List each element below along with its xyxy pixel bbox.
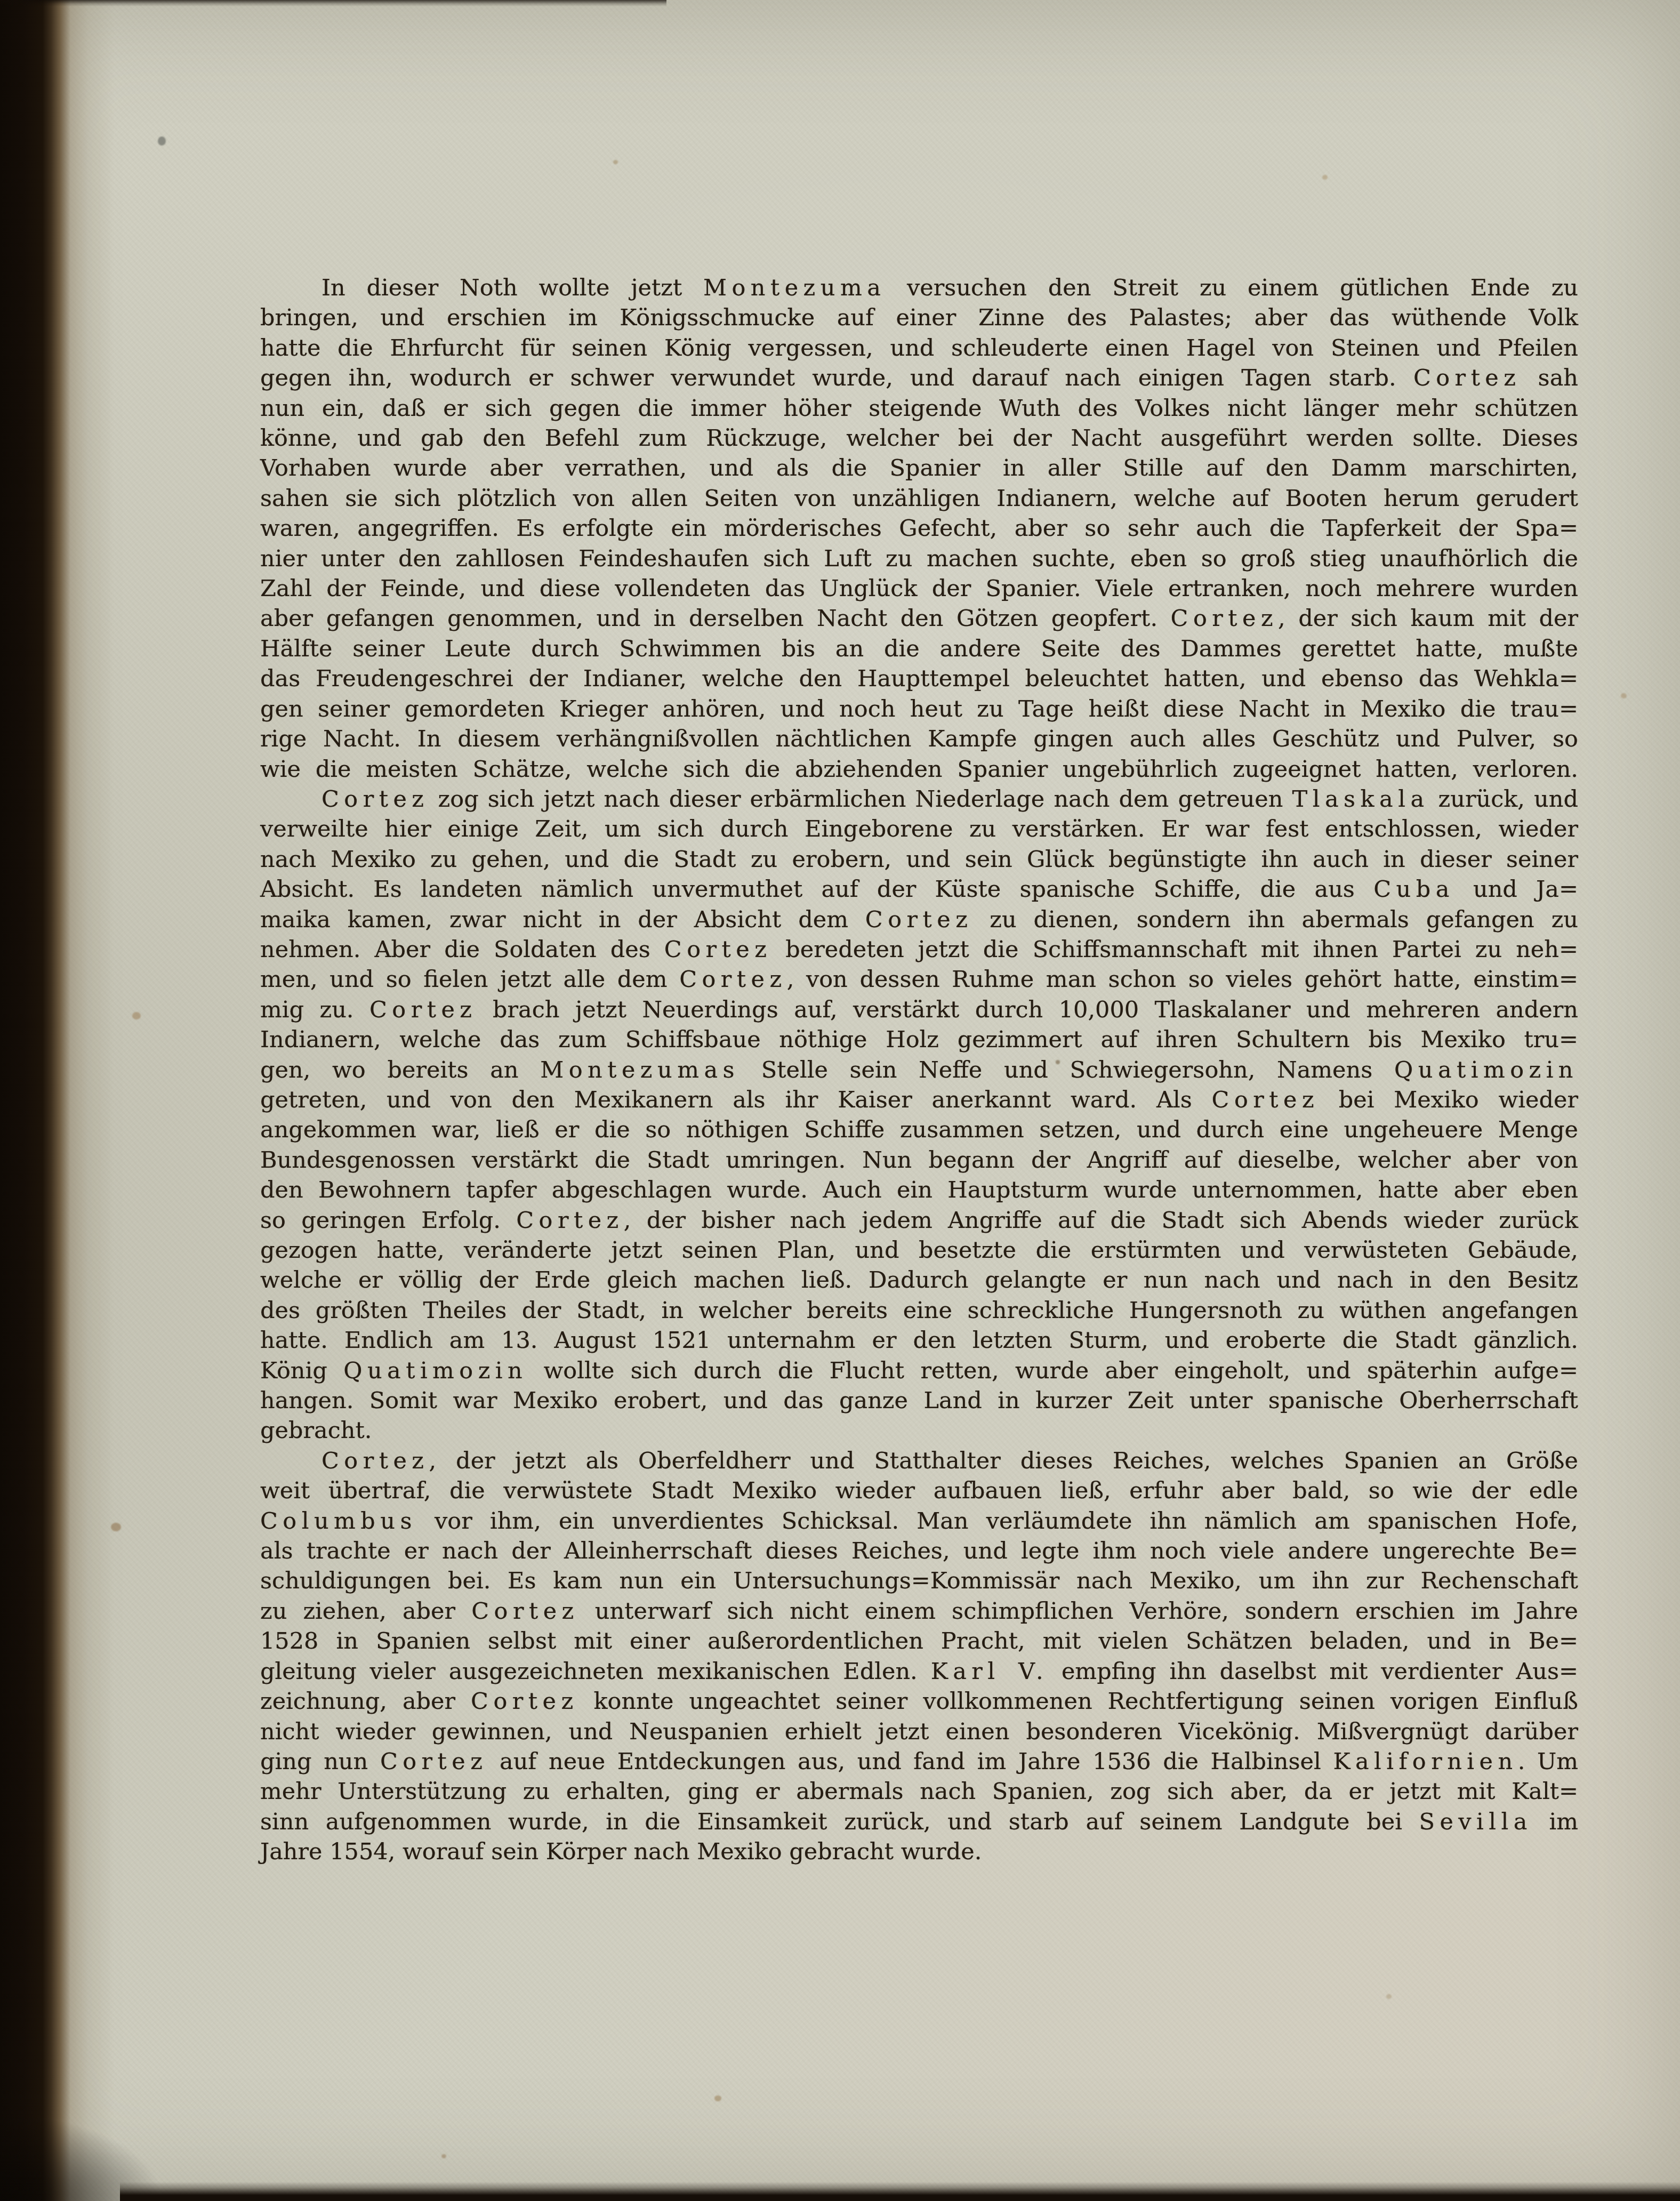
- page-top-edge: [0, 0, 666, 6]
- spaced-proper-name: Cortez: [679, 966, 787, 993]
- text-line: wie die meisten Schätze, welche sich die…: [260, 754, 1578, 784]
- spaced-proper-name: Cortez: [321, 1448, 429, 1474]
- text-line: gen, wo bereits an Montezumas Stelle sei…: [260, 1055, 1578, 1085]
- text-line: hatte die Ehrfurcht für seinen König ver…: [260, 333, 1578, 363]
- text-line: als trachte er nach der Alleinherrschaft…: [260, 1536, 1578, 1566]
- spaced-proper-name: Cortez: [1413, 365, 1521, 391]
- text-line: Bundesgenossen verstärkt die Stadt umrin…: [260, 1145, 1578, 1175]
- text-line: so geringen Erfolg. Cortez, der bisher n…: [260, 1206, 1578, 1235]
- text-line: zu ziehen, aber Cortez unterwarf sich ni…: [260, 1596, 1578, 1626]
- text-line: gen seiner gemordeten Krieger anhören, u…: [260, 694, 1578, 724]
- text-line: nehmen. Aber die Soldaten des Cortez ber…: [260, 935, 1578, 965]
- text-line: könne, und gab den Befehl zum Rückzuge, …: [260, 423, 1578, 453]
- spaced-proper-name: Cortez: [471, 1688, 578, 1715]
- text-line: ging nun Cortez auf neue Entdeckungen au…: [260, 1747, 1578, 1777]
- text-line: hangen. Somit war Mexiko erobert, und da…: [260, 1386, 1578, 1416]
- text-line: nier unter den zahllosen Feindeshaufen s…: [260, 544, 1578, 574]
- spaced-proper-name: Cortez: [865, 906, 973, 933]
- page-bottom-edge: [120, 2182, 1680, 2201]
- text-line: waren, angegriffen. Es erfolgte ein mörd…: [260, 513, 1578, 543]
- text-line: sinn aufgenommen wurde, in die Einsamkei…: [260, 1807, 1578, 1837]
- spaced-proper-name: Cortez: [1171, 605, 1279, 632]
- spaced-proper-name: Cortez: [516, 1207, 624, 1234]
- text-line: Cortez zog sich jetzt nach dieser erbärm…: [260, 784, 1578, 814]
- text-line: König Quatimozin wollte sich durch die F…: [260, 1356, 1578, 1386]
- paper-stain: [1322, 175, 1328, 180]
- text-line: nun ein, daß er sich gegen die immer höh…: [260, 393, 1578, 423]
- text-line: welche er völlig der Erde gleich machen …: [260, 1265, 1578, 1295]
- spaced-proper-name: Columbus: [260, 1508, 417, 1535]
- text-line: gegen ihn, wodurch er schwer verwundet w…: [260, 363, 1578, 393]
- spaced-proper-name: Cortez: [1212, 1087, 1320, 1113]
- book-page: In dieser Noth wollte jetzt Montezuma ve…: [0, 0, 1680, 2201]
- spaced-proper-name: Cortez: [321, 786, 429, 813]
- text-line: gleitung vieler ausgezeichneten mexikani…: [260, 1657, 1578, 1686]
- spaced-proper-name: Cortez: [369, 997, 477, 1023]
- text-line: Jahre 1554, worauf sein Körper nach Mexi…: [260, 1837, 1578, 1867]
- paper-stain: [714, 2095, 721, 2101]
- text-line: aber gefangen genommen, und in derselben…: [260, 604, 1578, 633]
- text-line: angekommen war, ließ er die so nöthigen …: [260, 1115, 1578, 1145]
- spaced-proper-name: Karl V.: [931, 1658, 1048, 1685]
- spaced-proper-name: Kalifornien: [1333, 1748, 1517, 1775]
- text-line: gebracht.: [260, 1416, 1578, 1445]
- text-line: mig zu. Cortez brach jetzt Neuerdings au…: [260, 995, 1578, 1025]
- text-line: verweilte hier einige Zeit, um sich durc…: [260, 814, 1578, 844]
- text-line: Indianern, welche das zum Schiffsbaue nö…: [260, 1025, 1578, 1055]
- paragraph: Cortez, der jetzt als Oberfeldherr und S…: [260, 1446, 1578, 1867]
- paper-stain: [441, 2154, 446, 2158]
- spaced-proper-name: Montezumas: [540, 1057, 739, 1083]
- text-line: sahen sie sich plötzlich von allen Seite…: [260, 484, 1578, 513]
- page-text-block: In dieser Noth wollte jetzt Montezuma ve…: [260, 273, 1578, 1867]
- spaced-proper-name: Quatimozin: [1394, 1057, 1578, 1083]
- text-line: schuldigungen bei. Es kam nun ein Unters…: [260, 1566, 1578, 1596]
- text-line: Columbus vor ihm, ein unverdientes Schic…: [260, 1506, 1578, 1536]
- text-line: nicht wieder gewinnen, und Neuspanien er…: [260, 1717, 1578, 1747]
- spaced-proper-name: Quatimozin: [343, 1357, 527, 1384]
- text-line: das Freudengeschrei der Indianer, welche…: [260, 664, 1578, 694]
- paper-stain: [1621, 693, 1627, 698]
- paper-stain: [1386, 1994, 1392, 1999]
- text-line: den Bewohnern tapfer abgeschlagen wurde.…: [260, 1175, 1578, 1205]
- text-line: mehr Unterstützung zu erhalten, ging er …: [260, 1777, 1578, 1806]
- binding-gutter-edge: [0, 0, 115, 2201]
- paper-stain: [111, 1523, 121, 1531]
- spaced-proper-name: Sevilla: [1419, 1809, 1532, 1835]
- text-line: Absicht. Es landeten nämlich unvermuthet…: [260, 874, 1578, 904]
- paper-stain: [1056, 1060, 1060, 1064]
- spaced-proper-name: Montezuma: [703, 275, 886, 301]
- paragraph: Cortez zog sich jetzt nach dieser erbärm…: [260, 784, 1578, 1446]
- spaced-proper-name: Tlaskala: [1292, 786, 1429, 813]
- paper-stain: [613, 160, 618, 164]
- text-line: 1528 in Spanien selbst mit einer außeror…: [260, 1626, 1578, 1656]
- text-line: nach Mexiko zu gehen, und die Stadt zu e…: [260, 845, 1578, 874]
- text-line: men, und so fielen jetzt alle dem Cortez…: [260, 965, 1578, 994]
- text-line: maika kamen, zwar nicht in der Absicht d…: [260, 905, 1578, 935]
- text-line: gezogen hatte, veränderte jetzt seinen P…: [260, 1235, 1578, 1265]
- text-line: Hälfte seiner Leute durch Schwimmen bis …: [260, 634, 1578, 664]
- paper-stain: [132, 1012, 141, 1019]
- text-line: bringen, und erschien im Königsschmucke …: [260, 303, 1578, 333]
- text-line: weit übertraf, die verwüstete Stadt Mexi…: [260, 1476, 1578, 1506]
- text-line: hatte. Endlich am 13. August 1521 untern…: [260, 1326, 1578, 1355]
- paper-stain: [158, 136, 166, 146]
- text-line: des größten Theiles der Stadt, in welche…: [260, 1296, 1578, 1326]
- text-line: Zahl der Feinde, und diese vollendeten d…: [260, 574, 1578, 604]
- text-line: Cortez, der jetzt als Oberfeldherr und S…: [260, 1446, 1578, 1476]
- spaced-proper-name: Cortez: [471, 1598, 579, 1625]
- text-line: rige Nacht. In diesem verhängnißvollen n…: [260, 724, 1578, 754]
- text-line: In dieser Noth wollte jetzt Montezuma ve…: [260, 273, 1578, 303]
- text-line: Vorhaben wurde aber verrathen, und als d…: [260, 453, 1578, 483]
- spaced-proper-name: Cuba: [1373, 876, 1454, 903]
- spaced-proper-name: Cortez: [380, 1748, 488, 1775]
- text-line: getreten, und von den Mexikanern als ihr…: [260, 1085, 1578, 1115]
- spaced-proper-name: Cortez: [664, 936, 772, 963]
- paragraph: In dieser Noth wollte jetzt Montezuma ve…: [260, 273, 1578, 784]
- text-line: zeichnung, aber Cortez konnte ungeachtet…: [260, 1686, 1578, 1716]
